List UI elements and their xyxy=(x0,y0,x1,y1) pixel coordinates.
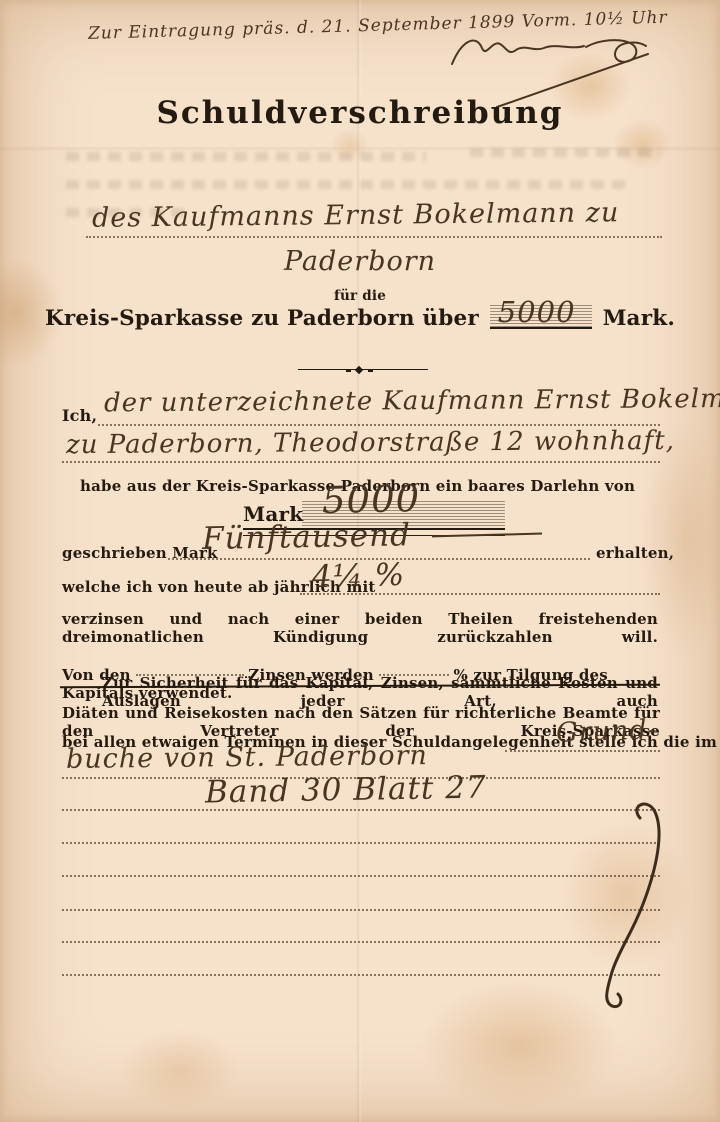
creditor-line: Kreis-Sparkasse zu Paderborn über 5000 M… xyxy=(0,305,720,331)
document-title: Schuldverschreibung xyxy=(0,95,720,131)
security-grundbuch-handwritten: buche von St. Paderborn xyxy=(66,740,428,775)
bleedthrough-text xyxy=(66,180,626,189)
fill-in-line-empty xyxy=(62,875,660,877)
declaration-line2-handwritten: zu Paderborn, Theodorstraße 12 wohnhaft, xyxy=(66,426,675,460)
creditor-prefix: Kreis-Sparkasse zu Paderborn über xyxy=(45,306,479,331)
amount-words-text: Fünftausend xyxy=(202,517,411,557)
declaration-line1-handwritten: der unterzeichnete Kaufmann Ernst Bokelm… xyxy=(104,384,720,419)
interest-rate-handwritten: 4¼ % xyxy=(312,557,406,595)
paper-stain xyxy=(120,1030,240,1110)
repayment-line: verzinsen und nach einer beiden Theilen … xyxy=(62,610,658,646)
amount-words-handwritten: Fünftausend xyxy=(202,515,542,557)
amount-numeric-handwritten: 5000 xyxy=(322,477,421,522)
for-the-label: für die xyxy=(0,288,720,304)
bleedthrough-text xyxy=(66,152,426,161)
fill-in-line-empty xyxy=(62,974,660,976)
amount-handwritten: 5000 xyxy=(498,295,576,329)
band-blatt-handwritten: Band 30 Blatt 27 xyxy=(205,770,487,811)
registration-note: Zur Eintragung präs. d. 21. September 18… xyxy=(88,8,648,44)
fill-in-line-empty xyxy=(62,842,660,844)
section-divider xyxy=(298,366,428,374)
document-page: Zur Eintragung präs. d. 21. September 18… xyxy=(0,0,720,1122)
fill-in-line-empty xyxy=(62,909,660,911)
ich-label: Ich, xyxy=(62,406,97,425)
debtor-name-handwritten: des Kaufmanns Ernst Bokelmann zu xyxy=(92,197,620,234)
creditor-suffix: Mark. xyxy=(603,306,675,331)
fill-in-line-empty xyxy=(62,941,660,943)
fill-in-line xyxy=(505,750,660,752)
debtor-city-handwritten: Paderborn xyxy=(0,246,720,277)
fill-in-line xyxy=(86,236,662,238)
security-grund-handwritten: Grund- xyxy=(555,714,658,749)
fill-in-line xyxy=(62,809,660,811)
bleedthrough-text xyxy=(470,148,660,157)
paper-stain xyxy=(420,980,620,1110)
fill-in-line xyxy=(62,461,660,463)
handwritten-dash xyxy=(432,533,542,538)
received-label: erhalten, xyxy=(596,544,674,562)
amount-hatch-box: 5000 xyxy=(490,305,592,329)
